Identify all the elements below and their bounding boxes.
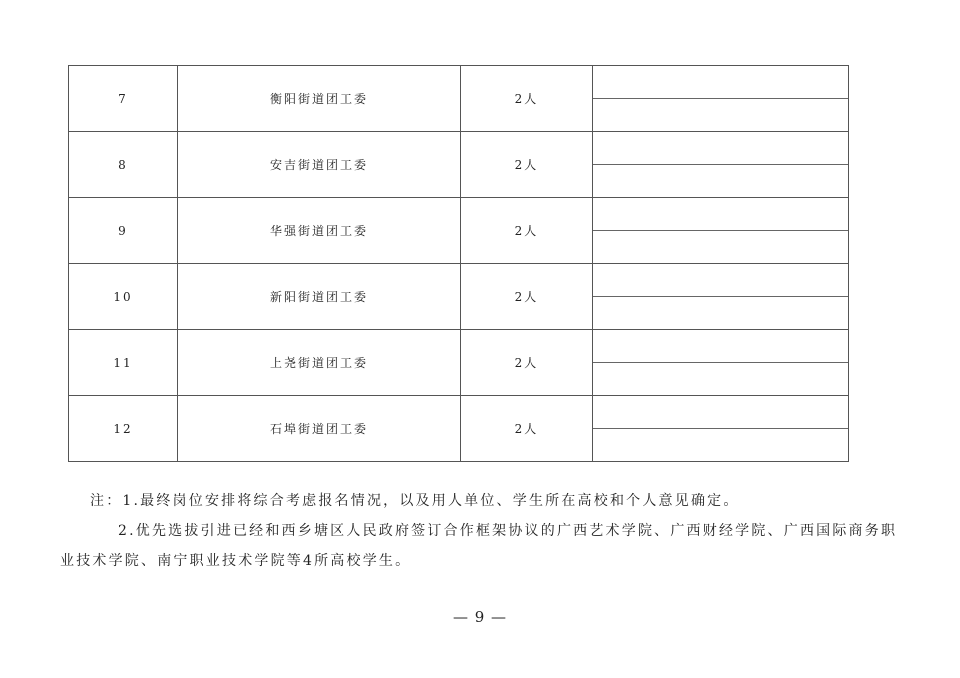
blank-cell [593, 264, 849, 330]
blank-cell [593, 198, 849, 264]
position-count: 2人 [461, 66, 593, 132]
unit-name: 石埠街道团工委 [178, 396, 461, 462]
blank-cell [593, 396, 849, 462]
row-number: 9 [69, 198, 178, 264]
table-row: 8 安吉街道团工委 2人 [69, 132, 849, 198]
position-count: 2人 [461, 132, 593, 198]
table-row: 7 衡阳街道团工委 2人 [69, 66, 849, 132]
position-count: 2人 [461, 264, 593, 330]
table-row: 10 新阳街道团工委 2人 [69, 264, 849, 330]
positions-table: 7 衡阳街道团工委 2人 8 安吉街道团工委 2人 9 华强街道团工委 2人 1… [68, 65, 849, 462]
blank-cell [593, 132, 849, 198]
unit-name: 新阳街道团工委 [178, 264, 461, 330]
position-count: 2人 [461, 198, 593, 264]
row-number: 8 [69, 132, 178, 198]
note-1: 注：1.最终岗位安排将综合考虑报名情况，以及用人单位、学生所在高校和个人意见确定… [60, 486, 910, 516]
table-row: 9 华强街道团工委 2人 [69, 198, 849, 264]
unit-name: 衡阳街道团工委 [178, 66, 461, 132]
blank-cell [593, 66, 849, 132]
blank-cell [593, 330, 849, 396]
position-count: 2人 [461, 330, 593, 396]
unit-name: 上尧街道团工委 [178, 330, 461, 396]
page-number: — 9 — [0, 608, 960, 626]
row-number: 10 [69, 264, 178, 330]
row-number: 11 [69, 330, 178, 396]
table-row: 11 上尧街道团工委 2人 [69, 330, 849, 396]
table-row: 12 石埠街道团工委 2人 [69, 396, 849, 462]
note-2: 2.优先选拔引进已经和西乡塘区人民政府签订合作框架协议的广西艺术学院、广西财经学… [60, 516, 910, 576]
unit-name: 华强街道团工委 [178, 198, 461, 264]
row-number: 12 [69, 396, 178, 462]
row-number: 7 [69, 66, 178, 132]
notes-section: 注：1.最终岗位安排将综合考虑报名情况，以及用人单位、学生所在高校和个人意见确定… [60, 486, 910, 576]
unit-name: 安吉街道团工委 [178, 132, 461, 198]
position-count: 2人 [461, 396, 593, 462]
